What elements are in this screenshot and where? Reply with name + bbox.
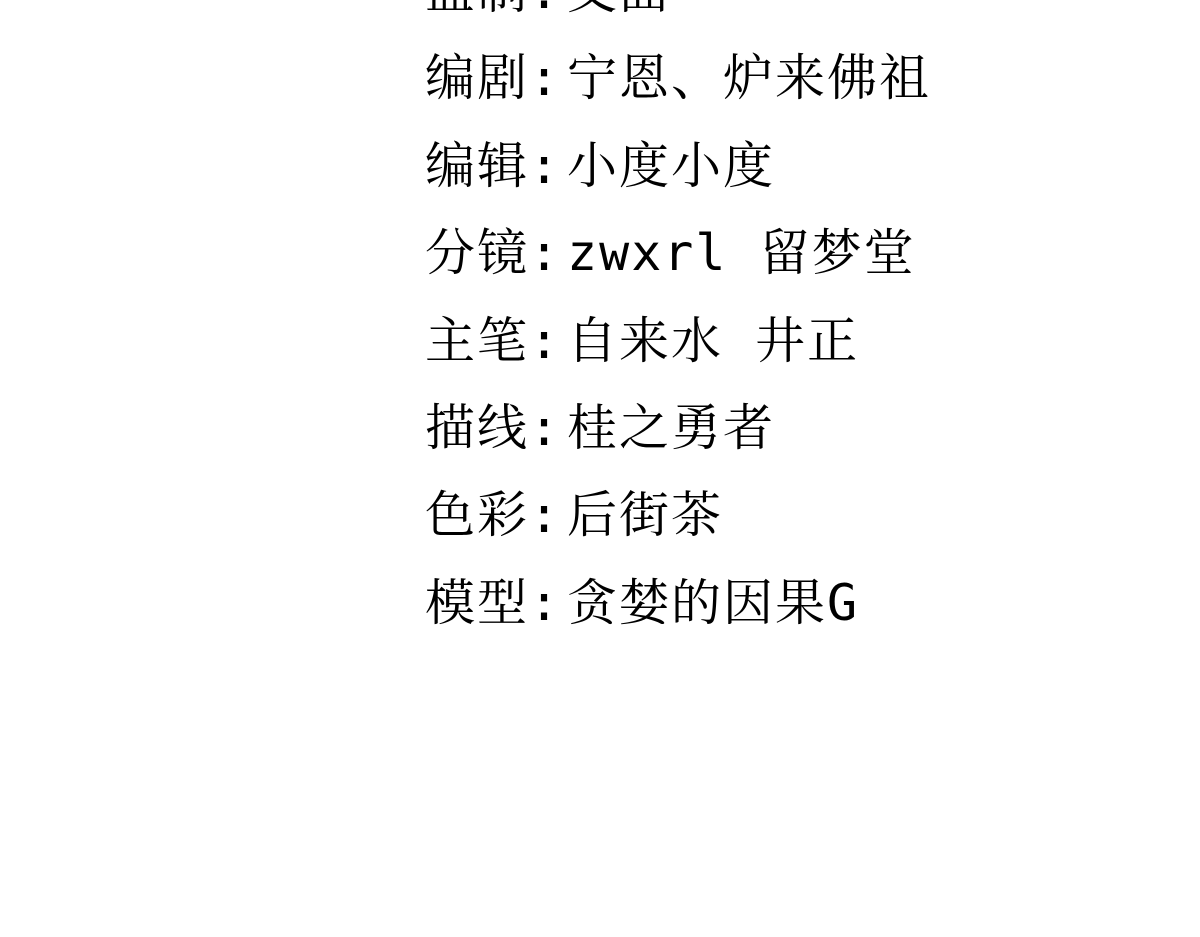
credit-role: 模型: bbox=[425, 560, 567, 647]
credit-name: zwxrl 留梦堂 bbox=[567, 210, 916, 297]
credit-line-storyboard: 分镜: zwxrl 留梦堂 bbox=[425, 210, 931, 297]
credit-line-lead-artist: 主笔: 自来水 井正 bbox=[425, 298, 931, 385]
credit-name: 自来水 井正 bbox=[567, 298, 859, 385]
credit-name: 文曲 bbox=[567, 0, 671, 35]
credit-name: 桂之勇者 bbox=[567, 385, 775, 472]
credit-role: 监制: bbox=[425, 0, 567, 35]
credit-name: 小度小度 bbox=[567, 123, 775, 210]
credit-line-writer: 编剧: 宁恩、炉来佛祖 bbox=[425, 35, 931, 122]
credit-role: 描线: bbox=[425, 385, 567, 472]
credit-line-color: 色彩: 后街茶 bbox=[425, 472, 931, 559]
credit-line-editor: 编辑: 小度小度 bbox=[425, 123, 931, 210]
credit-role: 编剧: bbox=[425, 35, 567, 122]
credit-name: 后街茶 bbox=[567, 472, 723, 559]
credit-role: 编辑: bbox=[425, 123, 567, 210]
credit-line-model: 模型: 贪婪的因果G bbox=[425, 560, 931, 647]
credit-line-supervisor: 监制: 文曲 bbox=[425, 0, 931, 35]
credit-role: 主笔: bbox=[425, 298, 567, 385]
credit-role: 色彩: bbox=[425, 472, 567, 559]
credit-role: 分镜: bbox=[425, 210, 567, 297]
comic-credits-page: { "page": { "background_color": "#ffffff… bbox=[0, 0, 1200, 937]
credit-name: 宁恩、炉来佛祖 bbox=[567, 35, 931, 122]
credit-line-lineart: 描线: 桂之勇者 bbox=[425, 385, 931, 472]
credit-name: 贪婪的因果G bbox=[567, 560, 859, 647]
credits-list: 监制: 文曲 编剧: 宁恩、炉来佛祖 编辑: 小度小度 分镜: zwxrl 留梦… bbox=[425, 0, 931, 647]
